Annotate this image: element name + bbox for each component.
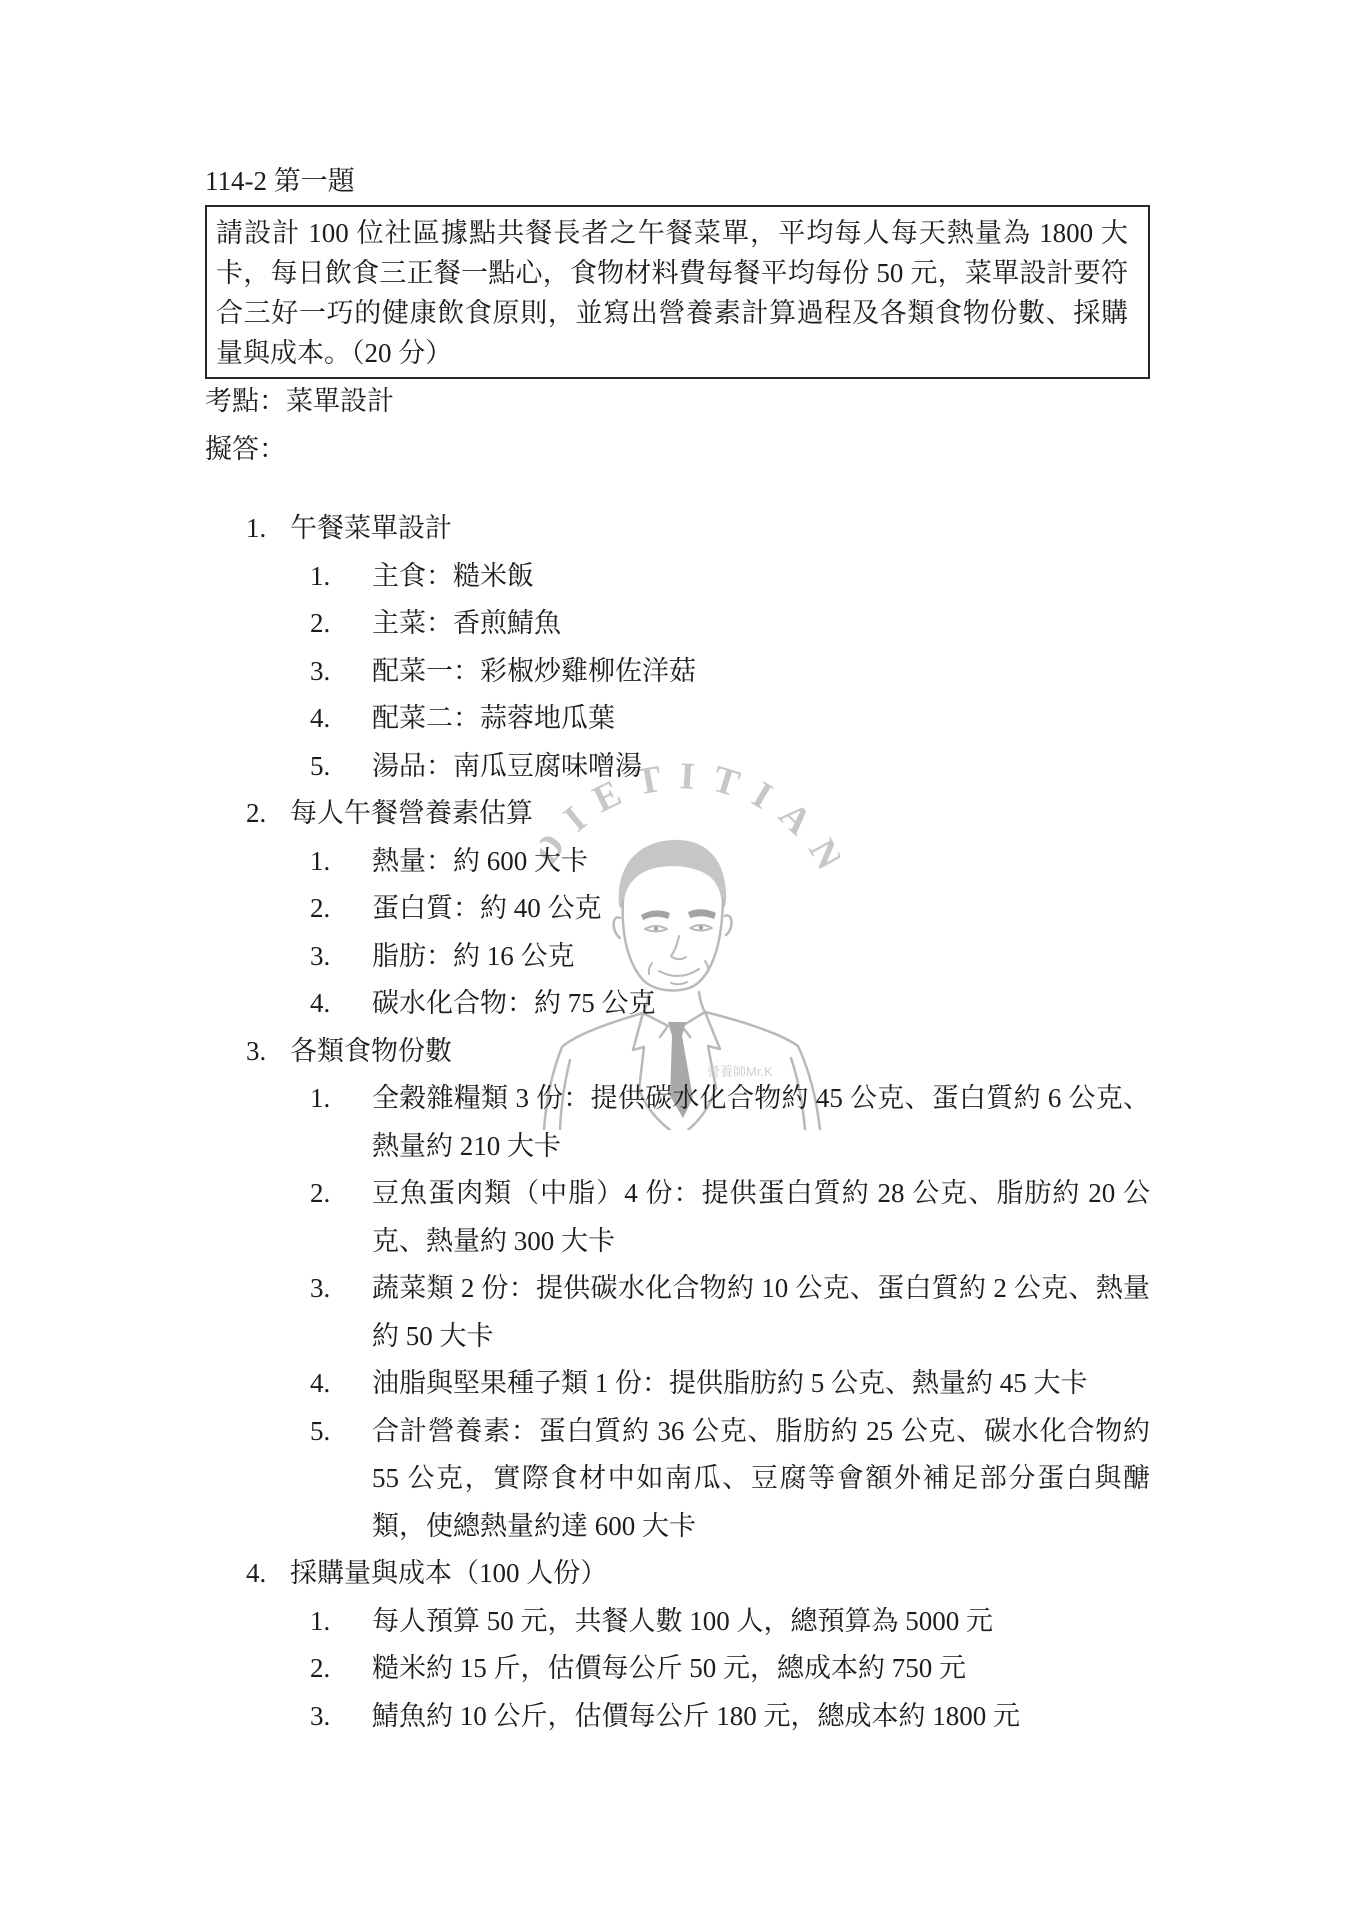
answer-section-food-servings: 3. 各類食物份數 1. 全穀雜糧類 3 份：提供碳水化合物約 45 公克、蛋白… — [246, 1028, 1150, 1551]
item-text: 每人預算 50 元，共餐人數 100 人，總預算為 5000 元 — [372, 1598, 1150, 1646]
item-number: 4. — [310, 980, 372, 1028]
document-content: 114-2 第一題 請設計 100 位社區據點共餐長者之午餐菜單，平均每人每天熱… — [0, 0, 1358, 1920]
list-item: 2. 糙米約 15 斤，估價每公斤 50 元，總成本約 750 元 — [310, 1645, 1150, 1693]
item-text: 糙米約 15 斤，估價每公斤 50 元，總成本約 750 元 — [372, 1645, 1150, 1693]
list-item: 1. 全穀雜糧類 3 份：提供碳水化合物約 45 公克、蛋白質約 6 公克、熱量… — [310, 1075, 1150, 1170]
list-item: 3. 配菜一：彩椒炒雞柳佐洋菇 — [310, 648, 1150, 696]
item-number: 1. — [310, 1598, 372, 1646]
item-number: 1. — [310, 838, 372, 886]
document-title: 114-2 第一題 — [205, 163, 355, 199]
list-item: 1. 熱量：約 600 大卡 — [310, 838, 1150, 886]
answer-section-purchase-cost: 4. 採購量與成本（100 人份） 1. 每人預算 50 元，共餐人數 100 … — [246, 1550, 1150, 1740]
item-text: 全穀雜糧類 3 份：提供碳水化合物約 45 公克、蛋白質約 6 公克、熱量約 2… — [372, 1075, 1150, 1170]
list-item: 3. 蔬菜類 2 份：提供碳水化合物約 10 公克、蛋白質約 2 公克、熱量約 … — [310, 1265, 1150, 1360]
item-text: 配菜一：彩椒炒雞柳佐洋菇 — [372, 648, 1150, 696]
answer-section-menu-design: 1. 午餐菜單設計 1. 主食：糙米飯 2. 主菜：香煎鯖魚 3. 配菜一：彩椒… — [246, 505, 1150, 790]
item-text: 豆魚蛋肉類（中脂）4 份：提供蛋白質約 28 公克、脂肪約 20 公克、熱量約 … — [372, 1170, 1150, 1265]
section-title: 午餐菜單設計 — [290, 505, 1150, 553]
item-text: 碳水化合物：約 75 公克 — [372, 980, 1150, 1028]
item-number: 1. — [310, 553, 372, 601]
item-number: 2. — [310, 1170, 372, 1218]
list-item: 4. 油脂與堅果種子類 1 份：提供脂肪約 5 公克、熱量約 45 大卡 — [310, 1360, 1150, 1408]
list-item: 2. 豆魚蛋肉類（中脂）4 份：提供蛋白質約 28 公克、脂肪約 20 公克、熱… — [310, 1170, 1150, 1265]
item-number: 1. — [310, 1075, 372, 1123]
item-number: 3. — [310, 648, 372, 696]
item-text: 主食：糙米飯 — [372, 553, 1150, 601]
exam-point: 考點：菜單設計 — [205, 384, 394, 418]
item-number: 4. — [310, 1360, 372, 1408]
list-item: 3. 脂肪：約 16 公克 — [310, 933, 1150, 981]
item-text: 配菜二：蒜蓉地瓜葉 — [372, 695, 1150, 743]
draft-answer-label: 擬答： — [205, 432, 286, 466]
item-number: 2. — [310, 1645, 372, 1693]
section-title: 每人午餐營養素估算 — [290, 790, 1150, 838]
question-text: 請設計 100 位社區據點共餐長者之午餐菜單，平均每人每天熱量為 1800 大卡… — [216, 213, 1128, 373]
item-number: 5. — [310, 743, 372, 791]
item-text: 鯖魚約 10 公斤，估價每公斤 180 元，總成本約 1800 元 — [372, 1693, 1150, 1741]
answer-section-nutrient-estimate: 2. 每人午餐營養素估算 1. 熱量：約 600 大卡 2. 蛋白質：約 40 … — [246, 790, 1150, 1028]
item-number: 3. — [310, 1693, 372, 1741]
item-text: 主菜：香煎鯖魚 — [372, 600, 1150, 648]
section-heading: 4. 採購量與成本（100 人份） — [246, 1550, 1150, 1598]
list-item: 2. 主菜：香煎鯖魚 — [310, 600, 1150, 648]
item-text: 合計營養素：蛋白質約 36 公克、脂肪約 25 公克、碳水化合物約 55 公克，… — [372, 1408, 1150, 1551]
section-heading: 1. 午餐菜單設計 — [246, 505, 1150, 553]
item-text: 蛋白質：約 40 公克 — [372, 885, 1150, 933]
item-text: 湯品：南瓜豆腐味噌湯 — [372, 743, 1150, 791]
list-item: 5. 湯品：南瓜豆腐味噌湯 — [310, 743, 1150, 791]
section-number: 4. — [246, 1550, 290, 1598]
list-item: 5. 合計營養素：蛋白質約 36 公克、脂肪約 25 公克、碳水化合物約 55 … — [310, 1408, 1150, 1551]
list-item: 4. 配菜二：蒜蓉地瓜葉 — [310, 695, 1150, 743]
section-title: 各類食物份數 — [290, 1028, 1150, 1076]
item-text: 熱量：約 600 大卡 — [372, 838, 1150, 886]
list-item: 2. 蛋白質：約 40 公克 — [310, 885, 1150, 933]
section-number: 2. — [246, 790, 290, 838]
section-number: 3. — [246, 1028, 290, 1076]
item-number: 3. — [310, 933, 372, 981]
section-heading: 2. 每人午餐營養素估算 — [246, 790, 1150, 838]
section-heading: 3. 各類食物份數 — [246, 1028, 1150, 1076]
answer-list: 1. 午餐菜單設計 1. 主食：糙米飯 2. 主菜：香煎鯖魚 3. 配菜一：彩椒… — [246, 505, 1150, 1740]
list-item: 1. 主食：糙米飯 — [310, 553, 1150, 601]
section-title: 採購量與成本（100 人份） — [290, 1550, 1150, 1598]
item-number: 5. — [310, 1408, 372, 1456]
question-box: 請設計 100 位社區據點共餐長者之午餐菜單，平均每人每天熱量為 1800 大卡… — [205, 205, 1150, 379]
item-number: 3. — [310, 1265, 372, 1313]
list-item: 1. 每人預算 50 元，共餐人數 100 人，總預算為 5000 元 — [310, 1598, 1150, 1646]
item-number: 2. — [310, 885, 372, 933]
item-text: 脂肪：約 16 公克 — [372, 933, 1150, 981]
list-item: 4. 碳水化合物：約 75 公克 — [310, 980, 1150, 1028]
item-number: 4. — [310, 695, 372, 743]
item-text: 蔬菜類 2 份：提供碳水化合物約 10 公克、蛋白質約 2 公克、熱量約 50 … — [372, 1265, 1150, 1360]
section-number: 1. — [246, 505, 290, 553]
item-text: 油脂與堅果種子類 1 份：提供脂肪約 5 公克、熱量約 45 大卡 — [372, 1360, 1150, 1408]
list-item: 3. 鯖魚約 10 公斤，估價每公斤 180 元，總成本約 1800 元 — [310, 1693, 1150, 1741]
document-page: DIETITIAN — [0, 0, 1358, 1920]
item-number: 2. — [310, 600, 372, 648]
